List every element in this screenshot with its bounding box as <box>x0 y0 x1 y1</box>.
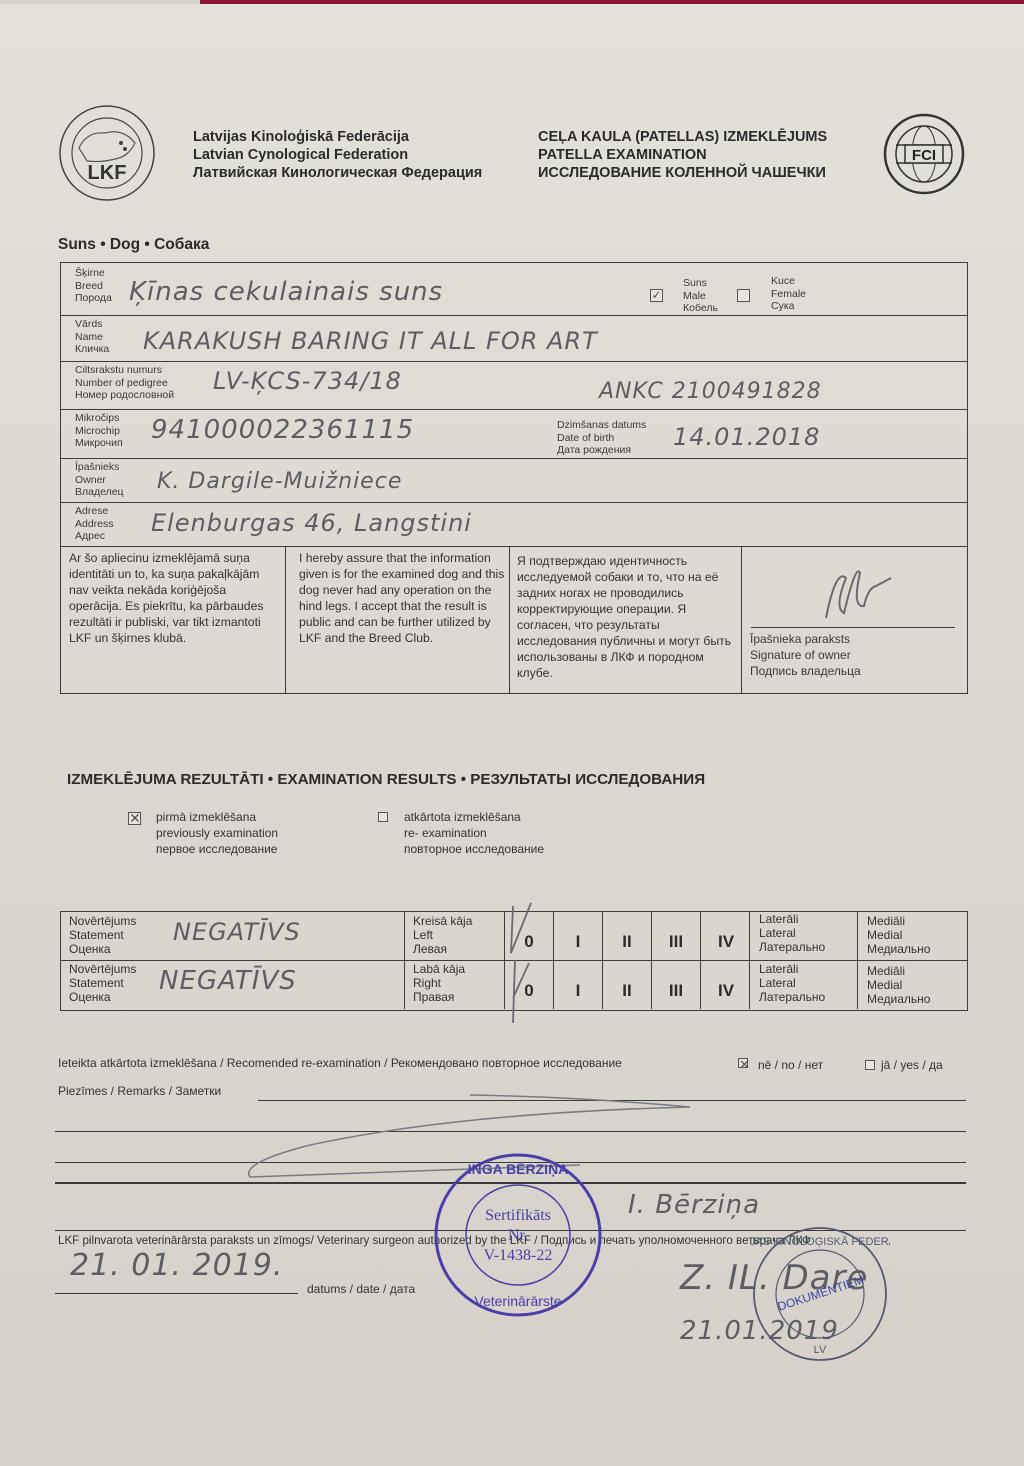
fci-logo-icon: FCI <box>883 113 965 195</box>
svg-text:Nr.: Nr. <box>508 1227 528 1244</box>
microchip-value[interactable]: 941000022361115 <box>151 415 414 445</box>
date-label: datums / date / дата <box>307 1282 415 1296</box>
lateral-label-right: LaterāliLateralЛатерально <box>759 962 825 1004</box>
breed-label: ŠķirneBreedПорода <box>75 267 112 305</box>
statement-label-left: NovērtējumsStatementОценка <box>69 914 136 956</box>
svg-text:INGA BĒRZIŅA: INGA BĒRZIŅA <box>468 1161 569 1177</box>
reexam-no-checkbox[interactable]: ✕ <box>738 1058 748 1068</box>
owner-value[interactable]: K. Dargile-Muižniece <box>157 469 402 494</box>
svg-text:V-1438-22: V-1438-22 <box>484 1247 553 1264</box>
statement-value-right[interactable]: NEGATĪVS <box>159 966 297 996</box>
grade-3-right[interactable]: III <box>656 981 696 1001</box>
document-title: CEĻA KAULA (PATELLAS) IZMEKLĒJUMSPATELLA… <box>538 128 827 182</box>
dob-value[interactable]: 14.01.2018 <box>673 423 820 451</box>
svg-text:LATVIJAS KINOLOĢISKĀ FEDERĀCIJ: LATVIJAS KINOLOĢISKĀ FEDERĀCIJA <box>750 1236 890 1248</box>
reexam-yes-checkbox[interactable] <box>865 1060 875 1070</box>
name-label: VārdsNameКличка <box>75 318 109 356</box>
address-label: AdreseAddressАдрес <box>75 505 114 543</box>
section-title-dog: Suns • Dog • Собака <box>58 236 209 254</box>
pedigree-value[interactable]: LV-ĶCS-734/18 <box>213 367 402 395</box>
reexam-yes-label: jā / yes / да <box>881 1058 943 1072</box>
re-exam-checkbox[interactable] <box>378 812 388 822</box>
grade-3-left[interactable]: III <box>656 932 696 952</box>
sex-female-checkbox[interactable] <box>737 289 750 302</box>
grade-4-left[interactable]: IV <box>706 932 746 952</box>
leg-label-left: Kreisā kājaLeftЛевая <box>413 914 472 956</box>
grade-4-right[interactable]: IV <box>706 981 746 1001</box>
reexam-label: Ieteikta atkārtota izmeklēšana / Recomen… <box>58 1056 622 1070</box>
pedigree-value-ankc[interactable]: ANKC 2100491828 <box>599 379 822 404</box>
microchip-label: MikročipsMicrochipМикрочип <box>75 412 123 450</box>
leg-label-right: Labā kājaRightПравая <box>413 962 465 1004</box>
breed-value[interactable]: Ķīnas cekulainais suns <box>129 277 443 307</box>
svg-text:LV: LV <box>814 1344 827 1356</box>
grade-2-right[interactable]: II <box>607 981 647 1001</box>
grade-1-left[interactable]: I <box>558 932 598 952</box>
sex-male-checkbox[interactable]: ✓ <box>650 289 663 302</box>
dog-info-form: ŠķirneBreedПорода Ķīnas cekulainais suns… <box>60 262 968 694</box>
sex-female-label: KuceFemaleСука <box>771 275 806 313</box>
medial-label-left: MediāliMedialМедиально <box>867 914 930 956</box>
exam-date-value[interactable]: 21. 01. 2019. <box>70 1248 283 1283</box>
owner-signature-scribble <box>816 558 896 628</box>
vet-signature: I. Bērziņa <box>628 1190 760 1220</box>
organization-name: Latvijas Kinoloģiskā FederācijaLatvian C… <box>193 128 482 182</box>
statement-label-right: NovērtējumsStatementОценка <box>69 962 136 1004</box>
owner-label: ĪpašnieksOwnerВладелец <box>75 461 124 499</box>
owner-signature-label: Īpašnieka parakstsSignature of ownerПодп… <box>750 631 861 679</box>
grade-table: NovērtējumsStatementОценка NEGATĪVS Krei… <box>60 911 968 1011</box>
name-value[interactable]: KARAKUSH BARING IT ALL FOR ART <box>143 327 598 355</box>
declaration-en: I hereby assure that the information giv… <box>299 550 505 646</box>
first-exam-checkbox[interactable]: ✕ <box>128 812 141 825</box>
lateral-label-left: LaterāliLateralЛатерально <box>759 912 825 954</box>
svg-text:Sertifikāts: Sertifikāts <box>485 1207 551 1224</box>
grade-selection-mark <box>501 898 541 1028</box>
pedigree-label: Ciltsrakstu numursNumber of pedigreeНоме… <box>75 364 174 402</box>
svg-text:LKF: LKF <box>88 162 127 184</box>
medial-label-right: MediāliMedialМедиально <box>867 964 930 1006</box>
statement-value-left[interactable]: NEGATĪVS <box>173 918 301 946</box>
re-exam-label: atkārtota izmeklēšanare- examinationповт… <box>404 809 544 857</box>
results-title: IZMEKLĒJUMA REZULTĀTI • EXAMINATION RESU… <box>67 771 705 788</box>
svg-text:Veterinārārste: Veterinārārste <box>474 1293 561 1309</box>
declaration-lv: Ar šo apliecinu izmeklējamā suņa identit… <box>69 550 281 646</box>
svg-text:DOKUMENTIEM: DOKUMENTIEM <box>776 1273 866 1314</box>
grade-2-left[interactable]: II <box>607 932 647 952</box>
lkf-logo-icon: LKF <box>57 103 157 203</box>
vet-stamp-icon: INGA BĒRZIŅA Sertifikāts Nr. V-1438-22 V… <box>428 1150 608 1320</box>
lkf-document-stamp-icon: LATVIJAS KINOLOĢISKĀ FEDERĀCIJA DOKUMENT… <box>750 1225 890 1363</box>
grade-1-right[interactable]: I <box>558 981 598 1001</box>
date-line <box>55 1293 298 1294</box>
address-value[interactable]: Elenburgas 46, Langstini <box>151 509 472 537</box>
svg-text:FCI: FCI <box>912 147 936 164</box>
first-exam-label: pirmā izmeklēšanapreviously examinationп… <box>156 809 278 857</box>
declaration-ru: Я подтверждаю идентичность исследуемой с… <box>517 553 739 681</box>
sex-male-label: SunsMaleКобель <box>683 277 718 315</box>
dob-label: Dzimšanas datumsDate of birthДата рожден… <box>557 419 646 457</box>
reexam-no-label: nē / no / нет <box>758 1058 823 1072</box>
